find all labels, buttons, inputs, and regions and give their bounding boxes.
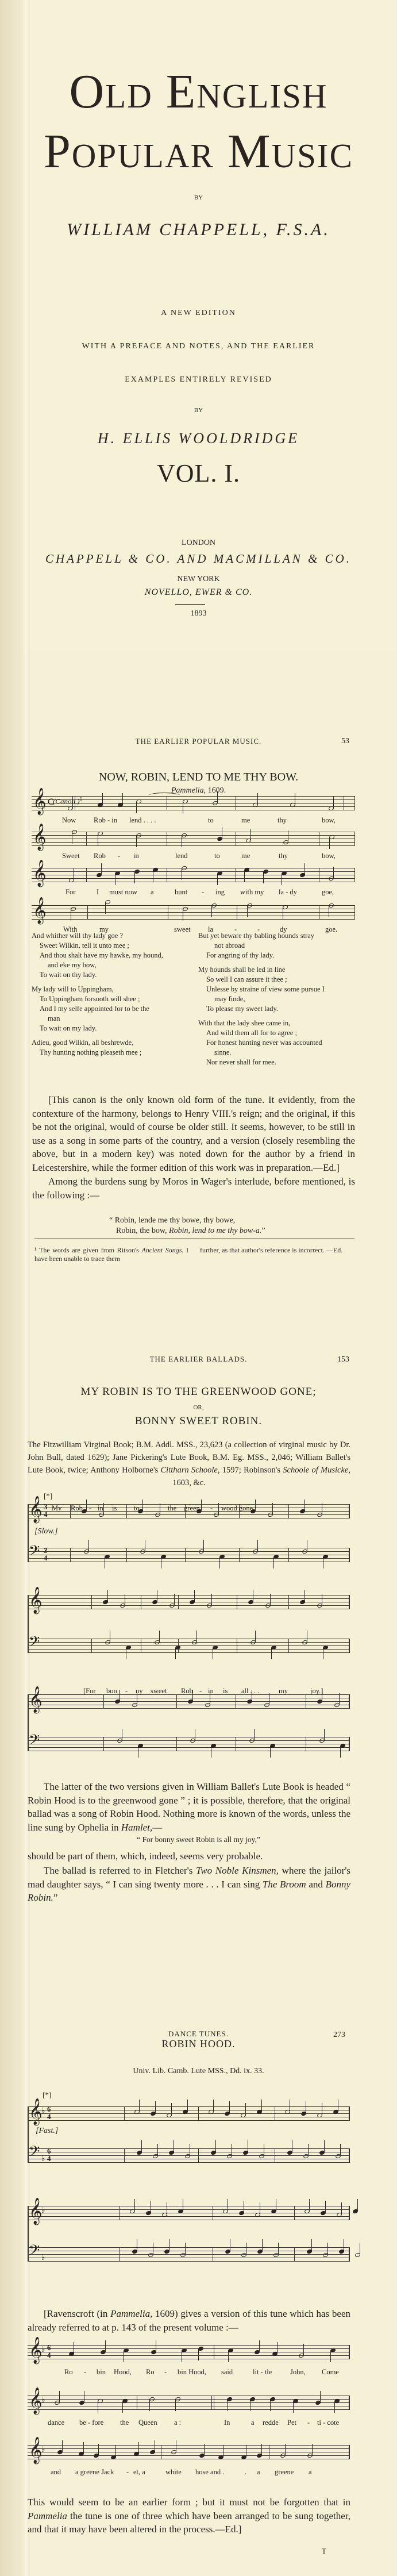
note-stem [277,2342,277,2354]
bar-line [91,1595,92,1609]
lyric-syllable: joy.] [310,1687,323,1695]
verse-line: Adieu, good Wilkin, all beshrewde, [32,1038,192,1048]
note-stem [138,2442,139,2454]
note-stem [138,1746,138,1758]
note-stem [309,2199,310,2210]
note-stem [98,2444,99,2455]
note-stem [255,1500,256,1511]
note-stem [176,2440,176,2452]
footnote-left: ¹ The words are given from Ritson's Anci… [34,1246,188,1263]
note-stem [255,1631,256,1642]
bar-line [288,1595,289,1609]
alt-title: BONNY SWEET ROBIN. [0,1415,397,1428]
music-staff: 𝄞♭64 [28,2345,349,2359]
note-stem [263,872,264,883]
verse-line: Thy hunting nothing pleaseth mee ; [32,1048,192,1058]
bar-line [120,2247,120,2262]
lyric-syllable: - [257,925,260,934]
note-stem [86,1500,87,1511]
lyric-syllable: sweet [151,1687,167,1695]
verse-line: To please my sweet lady. [198,1004,356,1014]
note-stem [322,2103,322,2114]
lyric-syllable: to [214,852,220,860]
note-stem [167,2202,167,2214]
staff-line [28,1652,349,1653]
treble-clef-icon: 𝄞 [29,1589,43,1612]
verse-stanza: Adieu, good Wilkin, all beshrewde,Thy hu… [32,1038,192,1058]
bar-line [288,1639,289,1653]
system-bracket [28,1595,29,1653]
note-stem [330,2351,331,2362]
title-text-1: Old English [70,65,328,118]
note-stem [98,2401,98,2413]
note-stem [98,834,98,845]
title-page: Old English Popular Music BY WILLIAM CHA… [0,0,397,651]
para-text-2: the tune is one of three which have been… [28,2510,350,2535]
para-pammelia: Pammelia, [110,2308,152,2319]
lyric-syllable: a [257,2468,260,2477]
staff-line [28,2409,349,2410]
reviser-name: H. ELLIS WOOLDRIDGE [0,430,397,447]
staff-line [28,2206,349,2206]
note-stem [339,1693,340,1705]
bar-line [269,2445,269,2459]
note-stem [139,2100,140,2111]
time-signature: 64 [47,2344,51,2359]
note-stem [293,2401,294,2413]
lyric-syllable: bin [97,2368,106,2377]
lyric-syllable: lend . . . . [129,816,156,825]
bar-line [236,832,236,846]
bar-line [161,2445,161,2459]
staff-line [32,868,355,868]
song-title: NOW, ROBIN, LEND TO ME THY BOW. [0,771,397,784]
music-staff: 𝄞♭ [28,2445,349,2459]
lyric-syllable: - [202,888,204,897]
note-stem [264,2144,264,2155]
note-stem [227,2400,228,2411]
note-stem [322,1594,322,1605]
note-stem [183,802,183,813]
source-schoole: Schoole of Musicke, [283,1466,350,1475]
sources-list: The Fitzwilliam Virginal Book; B.M. Addl… [28,1439,350,1489]
lyric-syllable: to [208,816,214,825]
lyric-syllable: Rob [181,1687,193,1695]
verse-stanza: With that the lady shee came in,And wild… [198,1018,356,1067]
time-signature: 64 [47,2105,51,2120]
staff-line [32,909,355,909]
note-stem [228,2199,228,2210]
para-text: This would seem to be an earlier form ; … [28,2497,350,2508]
verse-line: My lady will to Uppingham, [32,985,192,994]
bar-line [236,796,236,810]
note-stem [157,1590,157,1602]
staff-line [28,2402,349,2403]
note-stem [141,2140,142,2152]
note-stem [360,2243,360,2254]
staff-line [32,882,355,882]
verse-stanza: My hounds shall be led in lineSo well I … [198,965,356,1014]
footnote-text: ¹ The words are given from Ritson's [34,1246,141,1254]
bar-line [213,2206,213,2220]
bar-line [185,1548,186,1562]
editorial-marker: [*] [44,1491,52,1501]
quote-line-1: “ Robin, lende me thy bowe, thy bowe, [109,1216,265,1226]
music-staff: 𝄞♭ [28,2206,349,2220]
staff-line [28,2110,349,2110]
staff-line [28,2209,349,2210]
note-stem [329,906,329,917]
system-bracket [28,2206,29,2262]
music-staff: 𝄞C [32,796,355,810]
page-153: THE EARLIER BALLADS. 153 MY ROBIN IS TO … [0,1298,397,1916]
treble-clef-icon: 𝄞 [33,825,47,848]
lyric-syllable: For [65,888,75,897]
note-stem [329,837,330,849]
footnote-right: further, as that author's reference is i… [200,1246,354,1255]
bar-line [185,1504,186,1518]
staff-line [28,1514,349,1515]
verses-right-column: But yet beware thy babling hounds strayn… [198,931,356,1067]
staff-line [32,875,355,875]
note-stem [59,2391,60,2402]
note-stem [288,831,288,842]
note-stem [285,2444,286,2455]
lyric-syllable: white [165,2468,182,2477]
lyric-syllable: in [208,1687,214,1695]
staff-line [28,1562,349,1562]
lyric-syllable: Ro [64,2368,73,2377]
lyric-syllable: goe, [322,888,334,897]
lyric-syllable: the [120,2419,129,2427]
bar-line [236,1737,236,1751]
note-stem [248,2140,248,2152]
staff-line [28,2445,349,2446]
note-stem [102,793,103,805]
bar-line [275,2148,275,2163]
bar-line [168,905,168,920]
bass-clef-icon: 𝄢 [29,1635,40,1652]
edition-line-2: WITH A PREFACE AND NOTES, AND THE EARLIE… [0,342,397,351]
note-stem [269,1693,269,1705]
para-text: [Ravenscroft (in [44,2308,110,2319]
quote-line-2: Robin, the bow, Robin, lend to me thy bo… [109,1226,265,1236]
note-stem [211,906,212,917]
lyric-syllable: et, a [133,2468,145,2477]
flat-key-signature-icon: ♭ [41,2206,45,2216]
treble-clef-icon: 𝄞 [33,899,47,922]
tempo-marking: [Fast.] [36,2127,58,2136]
staff-line [28,2216,349,2217]
bar-line [214,2345,214,2359]
note-stem [156,2340,156,2352]
editor-note-paragraph: [This canon is the only known old form o… [32,1093,355,1174]
treble-clef-icon: 𝄞 [29,2389,43,2412]
bar-line [349,2247,349,2262]
divider-rule [175,604,205,605]
edition-line: A NEW EDITION [0,309,397,318]
lyric-syllable: hunt [175,888,187,897]
bar-line [70,1504,71,1518]
note-stem [247,906,248,917]
bar-line [141,1595,141,1609]
note-stem [250,829,251,840]
bar-line [167,832,167,846]
note-stem [174,2140,174,2152]
note-stem [276,2199,276,2210]
lyric-syllable: me [241,816,250,825]
lyric-syllable: in [133,852,139,860]
note-stem [218,1503,219,1514]
staff-line [28,1609,349,1609]
note-stem [196,1631,197,1642]
note-stem [203,1540,204,1551]
staff-line [28,2148,349,2149]
note-stem [134,2199,135,2210]
staff-line [28,2117,349,2117]
verse-line: And whither will thy lady goe ? [32,931,192,941]
bar-line [349,2396,349,2410]
lyric-syllable: dy [280,925,287,934]
flat-key-signature-icon: ♭ [41,2396,45,2405]
note-stem [308,2144,309,2155]
note-stem [83,2442,84,2454]
note-stem [271,1648,272,1659]
publisher-london: CHAPPELL & CO. AND MACMILLAN & CO. [0,552,397,566]
editor-note-paragraph: [Ravenscroft (in Pammelia, 1609) gives a… [28,2307,350,2334]
note-stem [320,2391,321,2402]
bar-line [306,1694,306,1709]
bar-line [178,1595,179,1609]
by-label: BY [0,194,397,201]
verse-line: My hounds shall be led in line [198,965,356,975]
verse-line: And thou shalt have my hawke, my hound, [32,951,192,960]
bar-line [288,1504,289,1518]
lyric-syllable: a : [174,2419,181,2427]
verse-line: So well I can assure it thee ; [198,975,356,985]
lyric-syllable: Pet [287,2419,296,2427]
flat-key-signature-icon: ♭ [41,2345,45,2355]
note-stem [71,909,71,921]
lyric-syllable: must now [109,888,137,897]
verse-line: To wait on my lady. [32,1024,192,1033]
bar-line [349,1639,349,1653]
slur-mark [148,793,180,799]
para-close: ” [53,1892,58,1903]
staff-line [28,1598,349,1599]
verse-line: may finde, [198,994,356,1004]
note-stem [182,836,182,847]
bar-line [349,1694,349,1709]
city-new-york: NEW YORK [0,575,397,584]
page-53: THE EARLIER POPULAR MUSIC. 53 NOW, ROBIN… [0,651,397,1298]
bar-line [213,2247,213,2262]
note-stem [327,2243,328,2254]
staff-line [28,1649,349,1650]
lyric-syllable: Queen [138,2419,157,2427]
staff-line [32,810,355,810]
footnote-rule [34,1239,354,1239]
title-text-2: Popular Music [44,125,353,178]
note-stem [153,2243,153,2254]
bar-line [176,1737,177,1751]
verse-line: not abroad [198,941,356,951]
staff-line [28,2258,349,2258]
staff-line [32,905,355,906]
note-stem [185,2243,186,2254]
system-bracket [28,1504,29,1562]
staff-line [28,1737,349,1737]
note-stem [195,1729,195,1740]
lyric-syllable: me [241,852,250,860]
note-stem [341,2202,342,2214]
note-stem [324,1729,325,1740]
lyric-syllable: Hood, [114,2368,132,2377]
lyric-syllable: [For [83,1687,96,1695]
staff-line [28,2455,349,2456]
bar-line [294,2247,295,2262]
editor-note-paragraph-2: This would seem to be an earlier form ; … [28,2496,350,2536]
lyric-syllable: hose and . [195,2468,224,2477]
note-stem [174,1594,175,1605]
note-stem [122,793,123,805]
time-denominator: 4 [47,2351,51,2359]
note-stem [295,793,295,805]
note-stem [136,836,137,847]
note-stem [122,2401,123,2413]
lyric-syllable: a [151,888,154,897]
staff-line [32,845,355,846]
note-stem [88,1540,89,1551]
note-stem [115,874,115,885]
lyric-syllable: - [164,2368,167,2377]
bar-line [237,1595,237,1609]
bar-line [349,2106,349,2121]
time-signature: 64 [47,2147,51,2162]
note-stem [357,2199,358,2210]
note-stem [161,1557,161,1568]
verse-line: To Uppingham forsooth will shee ; [32,994,192,1004]
note-stem [217,791,218,803]
lyric-syllable: - [126,2468,129,2477]
note-stem [153,870,153,882]
bar-line [294,2206,295,2220]
bar-line [319,832,319,846]
music-staff: 𝄞♭ [28,2396,349,2410]
staff-line [32,806,355,807]
staff-line [28,1645,349,1646]
note-stem [213,1648,213,1659]
para-dash: — [152,1822,162,1833]
lyric-syllable: all . . . [241,1687,259,1695]
staff-line [28,2220,349,2220]
para-pammelia: Pammelia [28,2510,67,2521]
staff-line [28,2399,349,2400]
quote-plain: Robin, the bow, [116,1227,169,1235]
lyric-syllable: - [307,2419,310,2427]
time-signature: 34 [44,1503,48,1518]
verse-line: To wait on thy lady. [32,970,192,980]
staff-line [28,2261,349,2262]
tempo-marking: [Slow.] [34,1527,58,1536]
staff-line [28,1595,349,1595]
note-stem [334,2401,335,2413]
lyric-syllable: Sweet [62,852,80,860]
staff-line [32,912,355,913]
note-stem [262,2239,263,2251]
staff-line [28,2348,349,2349]
note-stem [272,1503,273,1514]
staff-line [32,916,355,916]
bar-line [349,2148,349,2163]
treble-clef-icon: 𝄞 [29,2200,43,2223]
para-text: The latter of the two versions given in … [28,1781,350,1833]
lyric-syllable: thy [277,816,287,825]
note-stem [110,1631,110,1642]
city-london: LONDON [0,539,397,548]
note-stem [217,874,218,885]
bar-line [198,2148,199,2163]
volume-label: VOL. I. [0,459,397,488]
lyric-syllable: my [99,925,109,934]
staff-line [28,1639,349,1639]
note-stem [311,2239,312,2251]
bar-line [288,1548,289,1562]
staff-line [28,2159,349,2159]
note-stem [305,1590,305,1602]
note-stem [270,1594,271,1605]
lyric-syllable: thy [279,852,288,860]
verse-line: Sweet Wilkin, tell it unto mee ; [32,941,192,951]
time-signature: 34 [44,1547,48,1562]
note-stem [183,909,183,921]
staff-line [28,1705,349,1705]
note-stem [261,2444,262,2455]
note-stem [137,2239,137,2251]
staff-line [28,1740,349,1741]
bar-line [349,1595,349,1609]
staff-line [28,1751,349,1751]
lyric-syllable: With [63,925,78,934]
note-stem [72,797,73,808]
lyric-syllable: In [224,2419,230,2427]
note-stem [115,2446,116,2457]
note-stem [120,1690,120,1701]
verse-line: man [32,1014,192,1024]
lyric-syllable: - [234,925,237,934]
flat-key-signature-icon: ♭ [41,2253,45,2263]
staff-line [28,1555,349,1555]
note-stem [257,793,258,805]
staff-line [28,2352,349,2352]
note-stem [125,1594,125,1605]
note-stem [171,2103,172,2114]
note-stem [259,2340,260,2352]
staff-line [28,1518,349,1518]
note-stem [107,1590,108,1602]
bar-line [236,1694,236,1709]
note-stem [325,2201,326,2212]
bass-clef-icon: 𝄢 [29,1733,40,1751]
note-stem [182,868,182,880]
lyric-syllable: a [309,2468,312,2477]
note-stem [134,872,135,883]
treble-clef-icon: 𝄞 [29,1498,43,1521]
verse-line: For honest hunting never was accounted [198,1038,356,1048]
note-stem [283,908,283,919]
staff-line [28,1504,349,1505]
note-stem [223,2446,223,2457]
